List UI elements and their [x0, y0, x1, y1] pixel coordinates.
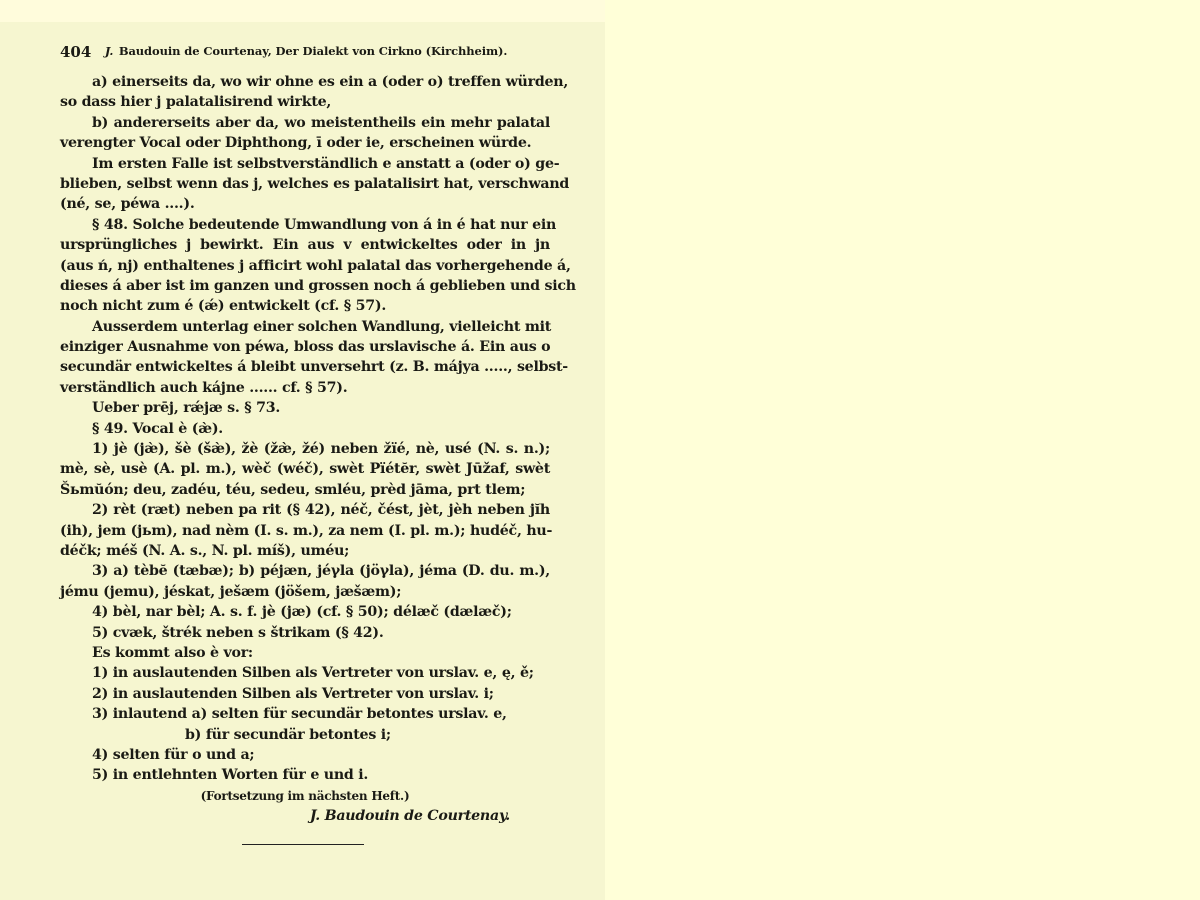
list-item: 5) in entlehnten Worten für e und i.	[60, 765, 550, 785]
text-line: b) andererseits aber da, wo meistentheil…	[60, 113, 550, 133]
list-item: 2) in auslautenden Silben als Vertreter …	[60, 684, 550, 704]
text-line: a) einerseits da, wo wir ohne es ein a (…	[60, 72, 550, 92]
text-line: Šьmŭón; deu, zadéu, téu, sedeu, smléu, p…	[60, 480, 550, 500]
header-author-initial: J.	[105, 44, 113, 58]
text-line: (ih), jem (jьm), nad nèm (I. s. m.), za …	[60, 521, 550, 541]
text-line: mè, sè, usè (A. pl. m.), wèč (wéč), swèt…	[60, 459, 550, 479]
page-body: a) einerseits da, wo wir ohne es ein a (…	[60, 72, 550, 826]
page-number: 404	[60, 43, 91, 61]
text-line: Ueber prēj, rǽjæ s. § 73.	[60, 398, 550, 418]
list-item: 4) bèl, nar bèl; A. s. f. jè (jæ) (cf. §…	[60, 602, 550, 622]
list-item: 2) rèt (ræt) neben pa rit (§ 42), néč, č…	[60, 500, 550, 520]
text-line: Ausserdem unterlag einer solchen Wandlun…	[60, 317, 550, 337]
list-item: b) für secundär betontes i;	[60, 725, 550, 745]
author-signature: J. Baudouin de Courtenay.	[60, 806, 550, 826]
text-line: jému (jemu), jéskat, ješæm (jöšem, jæšæm…	[60, 582, 550, 602]
list-item: 1) in auslautenden Silben als Vertreter …	[60, 663, 550, 683]
section-49-heading: § 49. Vocal è (æ̀).	[60, 419, 550, 439]
text-line: so dass hier j palatalisirend wirkte,	[60, 92, 550, 112]
end-rule	[242, 844, 364, 845]
text-line: einziger Ausnahme von péwa, bloss das ur…	[60, 337, 550, 357]
list-item: 5) cvæk, štrék neben s štrikam (§ 42).	[60, 623, 550, 643]
text-line: dieses á aber ist im ganzen und grossen …	[60, 276, 550, 296]
text-line: Im ersten Falle ist selbstverständlich e…	[60, 154, 550, 174]
list-item: 3) inlautend a) selten für secundär beto…	[60, 704, 550, 724]
text-line: (né, se, péwa ....).	[60, 194, 550, 214]
list-item: 3) a) tèbĕ (tæbæ); b) péjæn, jéγla (jöγl…	[60, 561, 550, 581]
text-line: (aus ń, nj) enthaltenes j afficirt wohl …	[60, 256, 550, 276]
text-line: verengter Vocal oder Diphthong, ī oder i…	[60, 133, 550, 153]
text-line: ursprüngliches j bewirkt. Ein aus v entw…	[60, 235, 550, 255]
text-line: blieben, selbst wenn das j, welches es p…	[60, 174, 550, 194]
text-line: secundär entwickeltes á bleibt unversehr…	[60, 357, 550, 377]
header-title: Baudouin de Courtenay, Der Dialekt von C…	[119, 44, 507, 58]
text-line: déčk; méš (N. A. s., N. pl. míš), uméu;	[60, 541, 550, 561]
section-48-heading: § 48. Solche bedeutende Umwandlung von á…	[60, 215, 550, 235]
continuation-note: (Fortsetzung im nächsten Heft.)	[60, 786, 550, 806]
text-line: verständlich auch kájne ...... cf. § 57)…	[60, 378, 550, 398]
scan-top-margin	[0, 0, 605, 22]
text-line: Es kommt also è vor:	[60, 643, 550, 663]
list-item: 1) jè (jæ̀), šè (šæ̀), žè (žæ̀, žé) nebe…	[60, 439, 550, 459]
text-line: noch nicht zum é (ǽ) entwickelt (cf. § 5…	[60, 296, 550, 316]
running-header: 404 J. Baudouin de Courtenay, Der Dialek…	[60, 40, 560, 61]
list-item: 4) selten für o und a;	[60, 745, 550, 765]
